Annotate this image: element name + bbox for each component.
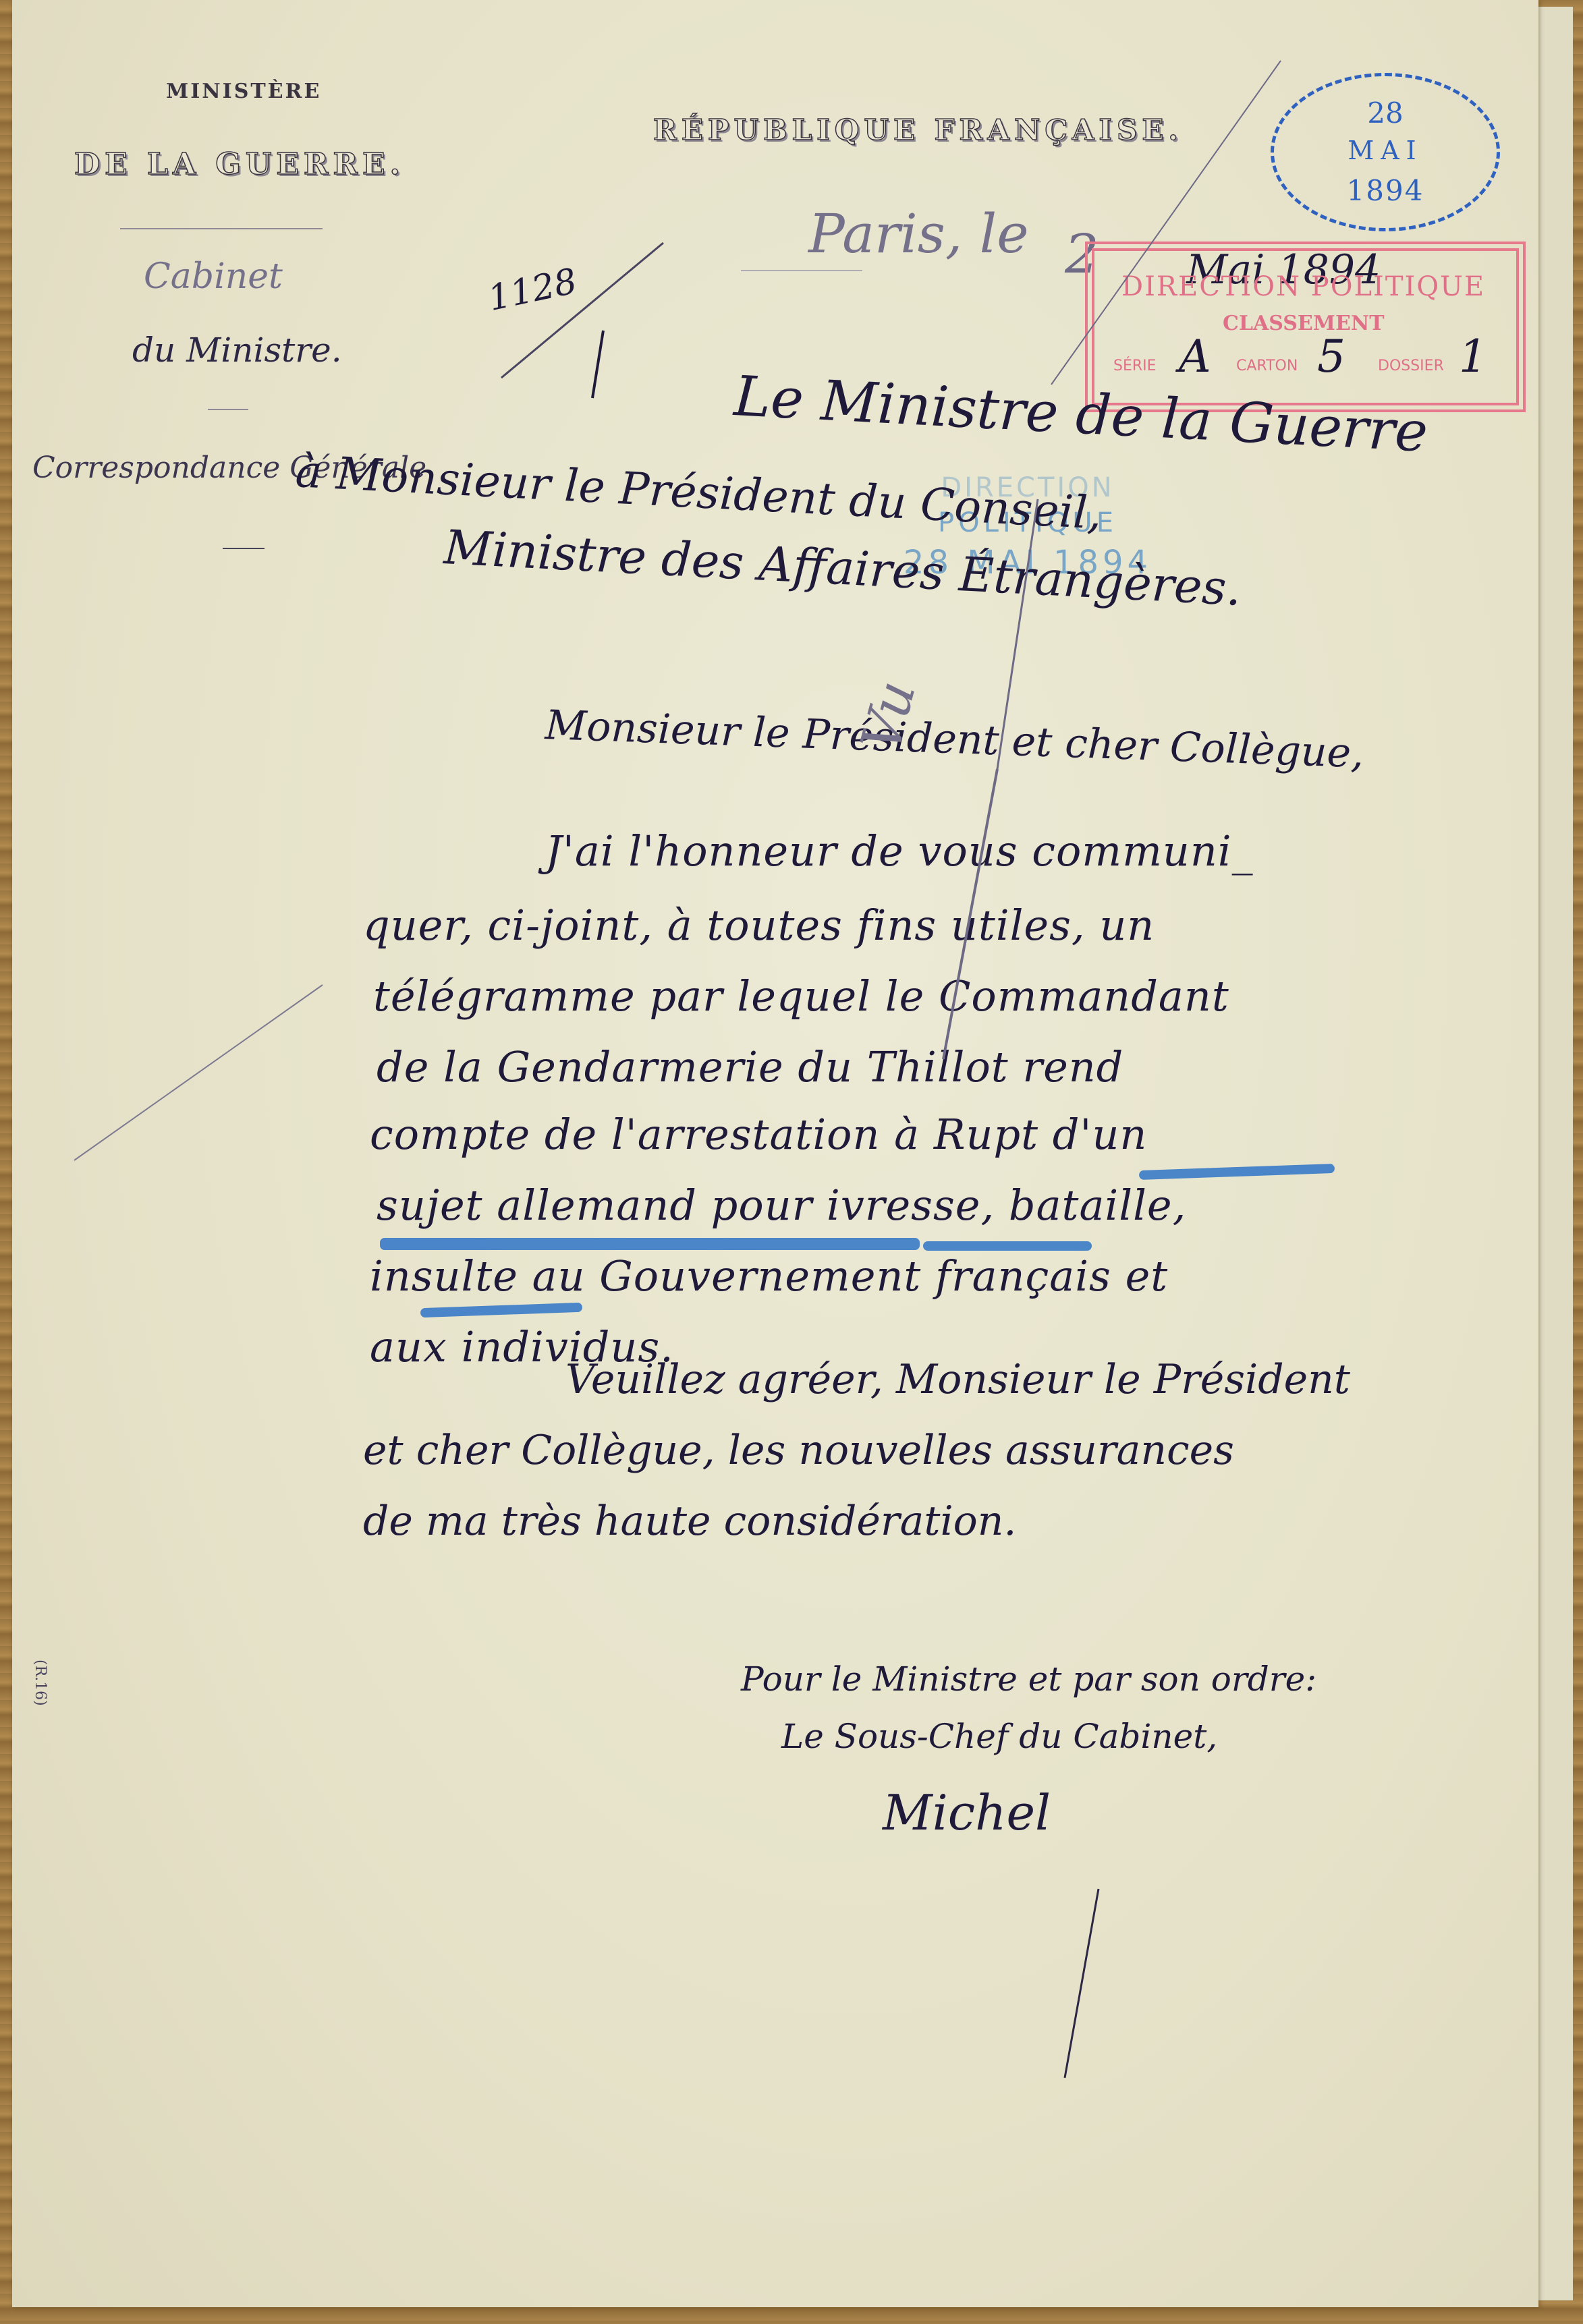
body-line: J'ai l'honneur de vous communi_ — [545, 826, 1254, 876]
body-line: de la Gendarmerie du Thillot rend — [377, 1042, 1123, 1092]
body-line: insulte au Gouvernement français et — [370, 1251, 1168, 1301]
carton-value: 5 — [1317, 331, 1345, 382]
stamp-month: MAI — [1274, 136, 1497, 165]
office-ministre: du Ministre. — [132, 331, 342, 370]
address-recipient: à Monsieur le Président du Conseil, — [294, 445, 1103, 540]
dossier-label: DOSSIER — [1378, 358, 1444, 374]
serie-label: SÉRIE — [1113, 358, 1157, 374]
signature-flourish — [1065, 1889, 1099, 2078]
body-line: sujet allemand pour ivresse, bataille, — [377, 1181, 1186, 1230]
received-date-stamp: 28 MAI 1894 — [1271, 73, 1500, 231]
stamp-title: DIRECTION POLITIQUE — [1121, 271, 1485, 302]
closing-line: et cher Collègue, les nouvelles assuranc… — [363, 1427, 1234, 1474]
body-line: télégramme par lequel le Commandant — [373, 971, 1229, 1021]
serie-value: A — [1179, 331, 1211, 382]
signature-name: Michel — [883, 1784, 1051, 1841]
divider — [741, 270, 862, 271]
reference-number: 1128 — [484, 261, 580, 319]
form-code: (R.16) — [32, 1660, 49, 1706]
stamp-day: 28 — [1274, 96, 1497, 130]
letter-page: MINISTÈRE DE LA GUERRE. RÉPUBLIQUE FRANÇ… — [12, 0, 1538, 2307]
stamp-subtitle: CLASSEMENT — [1223, 312, 1385, 335]
pen-stroke — [592, 331, 603, 398]
dateline-place: Paris, le — [808, 202, 1029, 265]
carton-label: CARTON — [1236, 358, 1298, 374]
divider — [223, 548, 265, 549]
divider — [208, 409, 248, 410]
republic-heading: RÉPUBLIQUE FRANÇAISE. — [653, 113, 1183, 146]
underline-rupt — [1139, 1164, 1335, 1180]
ministry-name: DE LA GUERRE. — [74, 147, 405, 181]
signature-authority: Pour le Ministre et par son ordre: — [741, 1660, 1316, 1699]
salutation: Monsieur le Président et cher Collègue, — [545, 702, 1365, 777]
body-line: quer, ci-joint, à toutes fins utiles, un — [363, 901, 1155, 950]
underline-ivresse — [923, 1241, 1092, 1251]
underline-sujet-allemand — [380, 1238, 920, 1250]
signature-title: Le Sous-Chef du Cabinet, — [781, 1717, 1217, 1756]
classement-stamp: DIRECTION POLITIQUE CLASSEMENT SÉRIE A C… — [1092, 248, 1519, 405]
body-line: compte de l'arrestation à Rupt d'un — [370, 1110, 1147, 1159]
closing-line: Veuillez agréer, Monsieur le Président — [565, 1356, 1350, 1403]
pencil-line — [74, 985, 323, 1160]
dossier-value: 1 — [1459, 331, 1487, 382]
underline-insulte — [420, 1303, 582, 1317]
office-cabinet: Cabinet — [144, 256, 283, 297]
divider — [120, 228, 323, 229]
ministry-label: MINISTÈRE — [166, 80, 321, 103]
closing-line: de ma très haute considération. — [363, 1498, 1017, 1545]
stamp-year: 1894 — [1274, 174, 1497, 207]
